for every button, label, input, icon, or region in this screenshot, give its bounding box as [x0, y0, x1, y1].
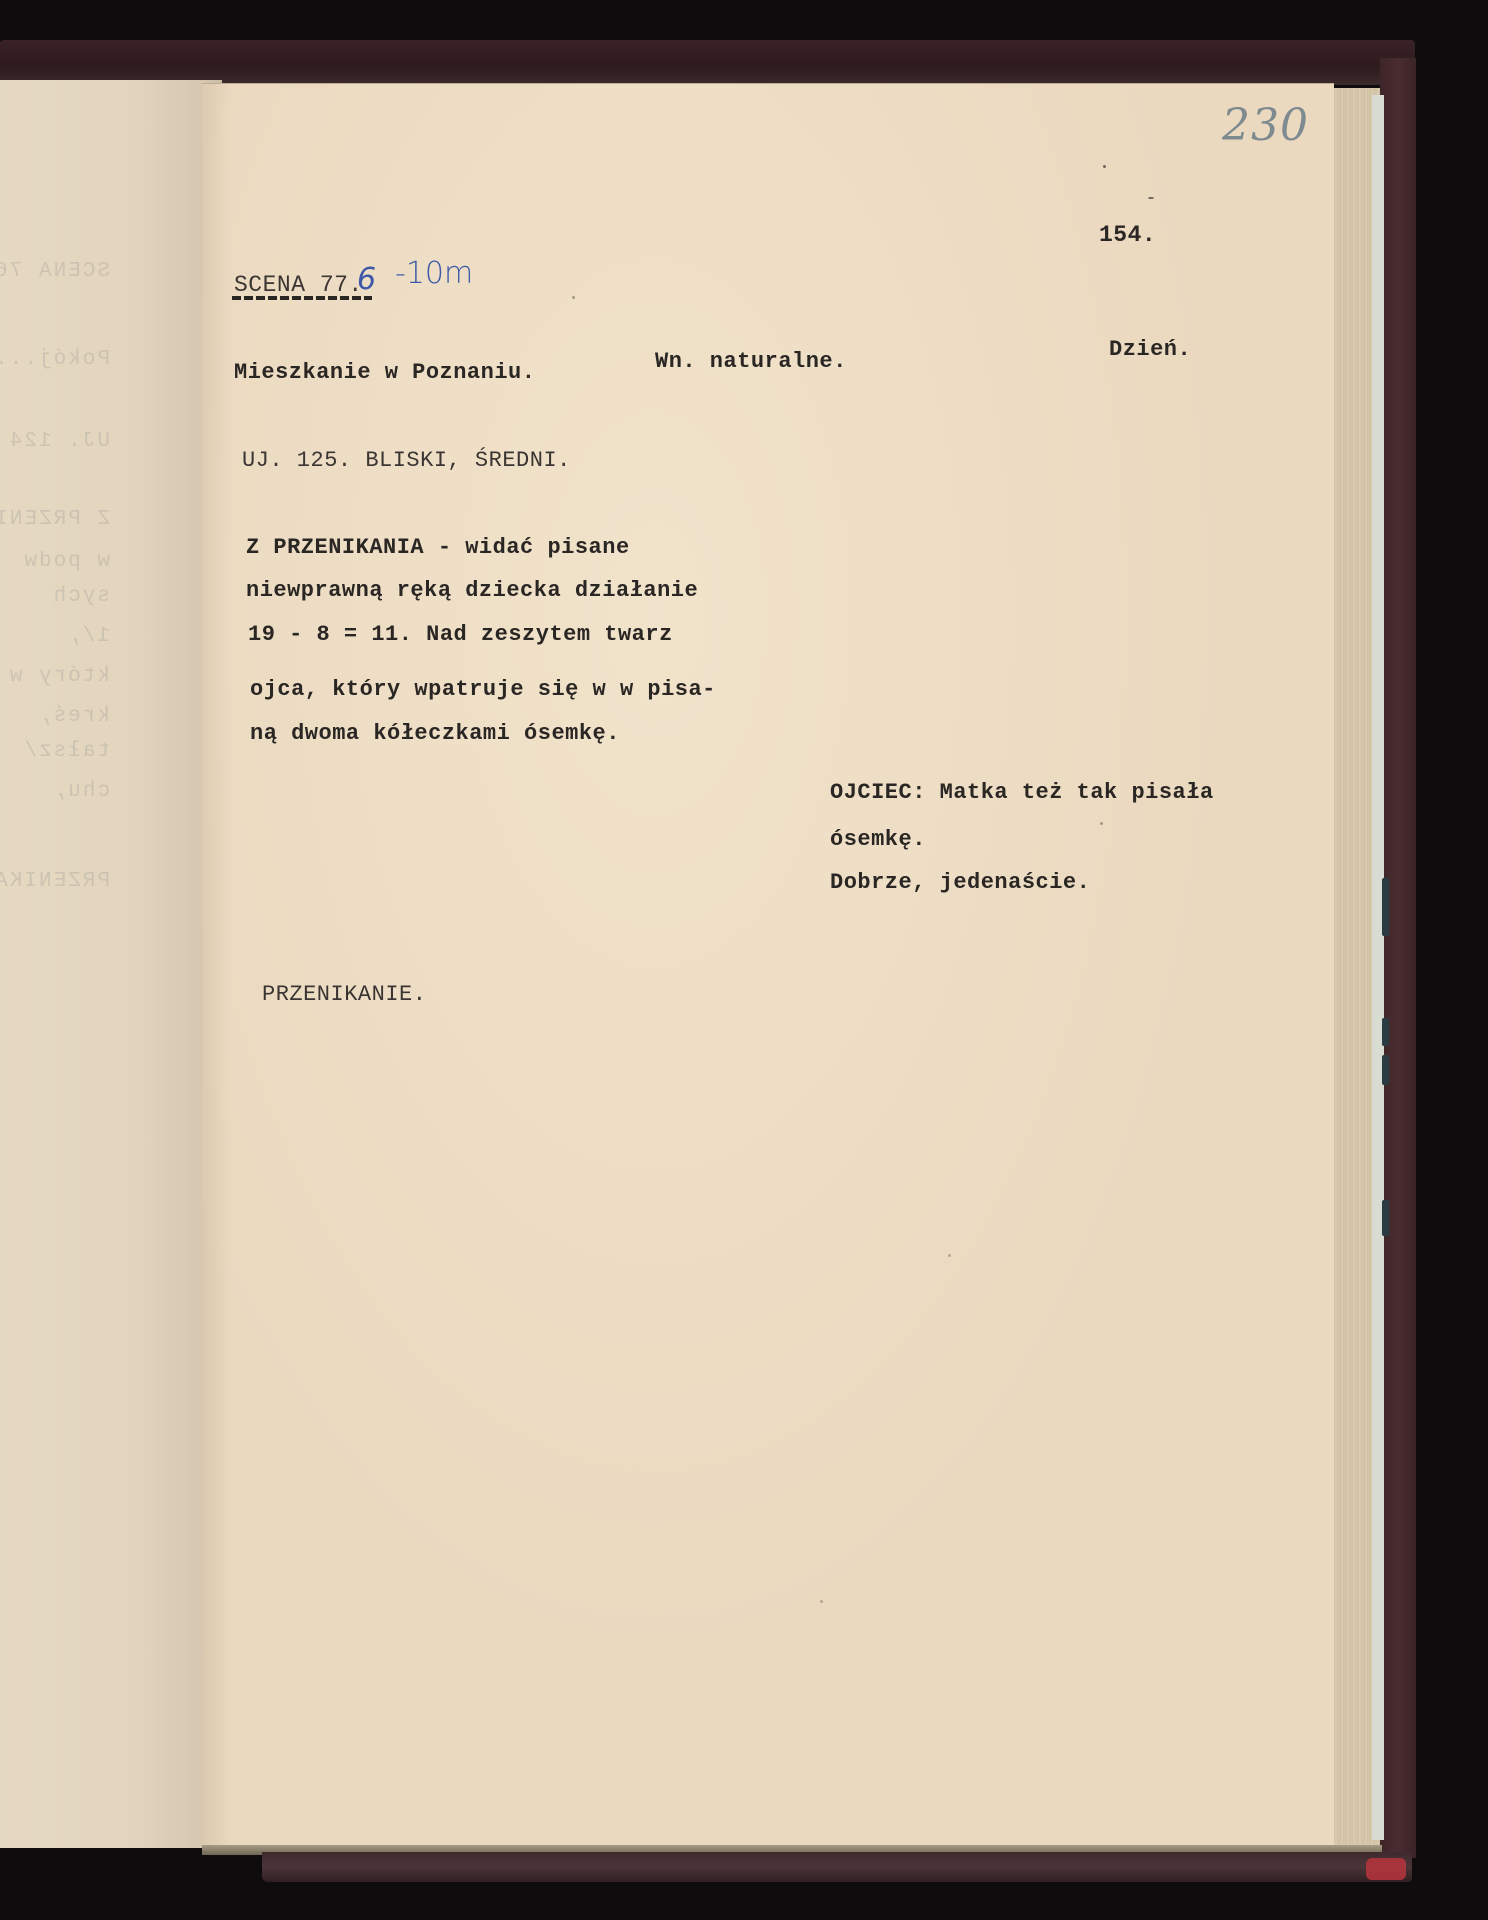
bleed-through-line: kreś, [37, 705, 110, 728]
page-edge-mark [1382, 1055, 1389, 1085]
description-line: Z PRZENIKANIA - widać pisane [246, 535, 630, 560]
book-cover-top [0, 40, 1415, 85]
bleed-through-line: chu, [52, 780, 110, 803]
bleed-through-line: Pokój... [0, 348, 110, 371]
bleed-through-line: UJ. 124 [8, 430, 110, 453]
description-line: 19 - 8 = 11. Nad zeszytem twarz [248, 622, 673, 647]
red-corner-mark [1366, 1858, 1406, 1880]
location-time: Dzień. [1109, 337, 1191, 362]
paper-speck [820, 1600, 823, 1603]
paper-speck [948, 1254, 951, 1257]
left-page: SCENA 76 Pokój... UJ. 124 Z PRZENI w pod… [0, 80, 222, 1848]
bleed-through-line: SCENA 76 [0, 260, 110, 283]
handwritten-scene-correction: 6 [357, 262, 376, 297]
description-line: niewprawną ręką dziecka działanie [246, 578, 698, 603]
bleed-through-line: tałsz/ [22, 740, 110, 763]
bleed-through-line: 1/, [66, 625, 110, 648]
bleed-through-line: który w [8, 665, 110, 688]
scanned-book-spread: SCENA 76 Pokój... UJ. 124 Z PRZENI w pod… [0, 0, 1488, 1920]
page-block-edge-light [1372, 95, 1384, 1840]
bleed-through-line: sych [52, 585, 110, 608]
paper-speck [572, 296, 575, 299]
page-edge-mark [1382, 878, 1389, 936]
paper-speck [1148, 197, 1154, 199]
description-line: ną dwoma kółeczkami ósemkę. [250, 721, 620, 746]
bleed-through-line: PRZENIKA [0, 870, 110, 893]
book-cover-spine-right [1380, 58, 1416, 1858]
description-line: ojca, który wpatruje się w w pisa- [250, 677, 716, 702]
scene-heading: SCENA 77. [234, 272, 363, 298]
page-edge-mark [1382, 1200, 1389, 1236]
transition-direction: PRZENIKANIE. [262, 982, 426, 1007]
page-edge-mark [1382, 1018, 1389, 1046]
handwritten-page-number: 230 [1222, 100, 1309, 151]
dialogue-line: Dobrze, jedenaście. [830, 870, 1090, 895]
handwritten-duration-note: -10m [395, 256, 473, 291]
bleed-through-line: w podw [22, 550, 110, 573]
typed-page-number: 154. [1099, 222, 1156, 248]
shot-description: UJ. 125. BLISKI, ŚREDNI. [242, 448, 571, 473]
dialogue-line: ósemkę. [830, 827, 926, 852]
dialogue-line: OJCIEC: Matka też tak pisała [830, 780, 1214, 805]
location-place: Mieszkanie w Poznaniu. [234, 360, 535, 385]
scene-heading-underline [232, 296, 372, 300]
location-setting: Wn. naturalne. [655, 349, 847, 374]
paper-speck [1100, 822, 1103, 825]
book-cover-bottom [262, 1852, 1412, 1882]
bleed-through-line: Z PRZENI [0, 508, 110, 531]
paper-speck [1103, 165, 1106, 168]
